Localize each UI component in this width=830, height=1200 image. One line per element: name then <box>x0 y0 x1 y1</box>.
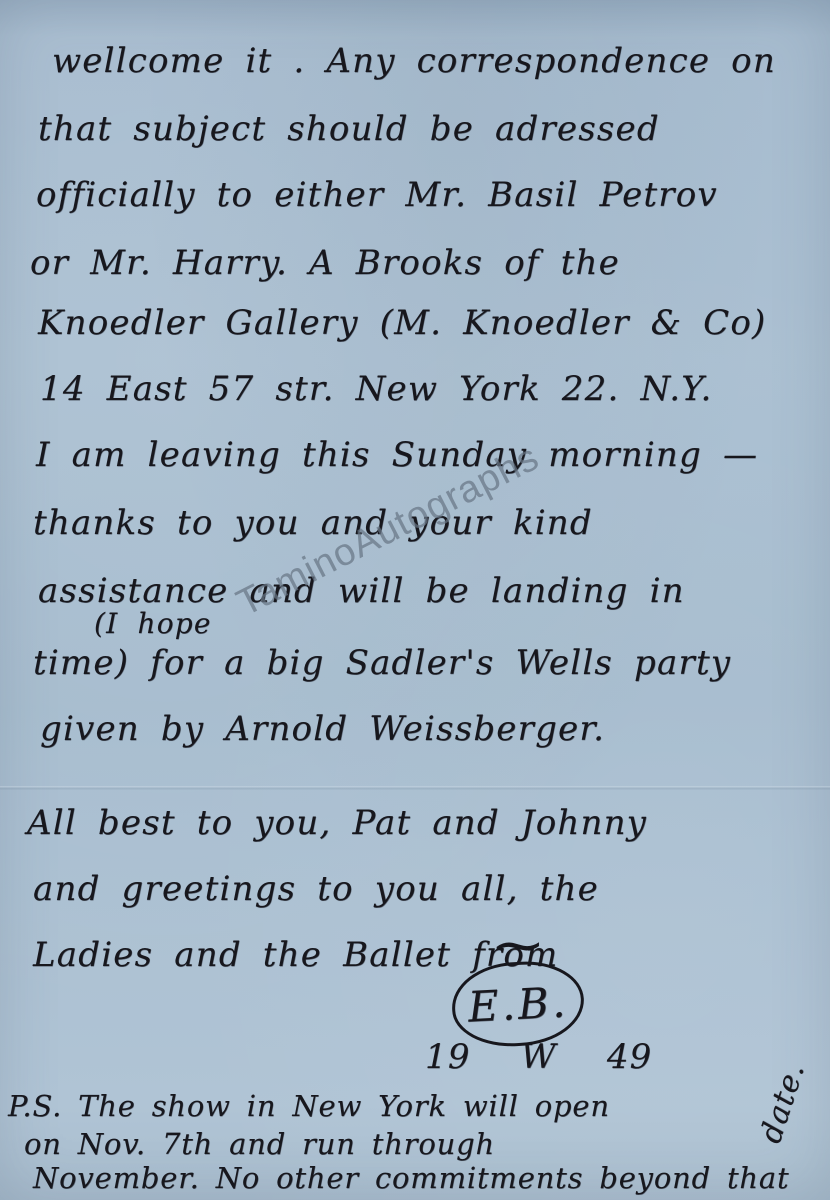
letter-line: I am leaving this Sunday morning — <box>36 438 758 472</box>
ps-line: P.S. The show in New York will open <box>8 1092 610 1121</box>
letter-line: Ladies and the Ballet from <box>33 938 558 972</box>
letter-line: or Mr. Harry. A Brooks of the <box>30 246 620 280</box>
fold-crease <box>0 786 830 790</box>
letter-line: time) for a big Sadler's Wells party <box>33 646 731 680</box>
letter-page: wellcome it . Any correspondence on that… <box>0 0 830 1200</box>
signature-initials: E.B. <box>467 977 570 1031</box>
interlinear-insertion: (I hope <box>94 610 212 638</box>
letter-line: Knoedler Gallery (M. Knoedler & Co) <box>38 306 767 340</box>
letter-line: 14 East 57 str. New York 22. N.Y. <box>40 372 713 406</box>
letter-line: All best to you, Pat and Johnny <box>27 806 647 840</box>
ps-line: on Nov. 7th and run through <box>24 1130 495 1159</box>
margin-note-date: date. <box>756 1059 810 1147</box>
letter-line: and greetings to you all, the <box>33 872 599 906</box>
letter-line: assistance and will be landing in <box>38 574 685 608</box>
letter-line: wellcome it . Any correspondence on <box>52 44 776 78</box>
letter-line: officially to either Mr. Basil Petrov <box>36 178 718 212</box>
letter-line: given by Arnold Weissberger. <box>40 712 605 746</box>
letter-line: thanks to you and your kind <box>33 506 593 540</box>
ps-line: November. No other commitments beyond th… <box>33 1164 789 1193</box>
letter-line: that subject should be adressed <box>38 112 660 146</box>
date-line: 19 W 49 <box>425 1040 653 1074</box>
